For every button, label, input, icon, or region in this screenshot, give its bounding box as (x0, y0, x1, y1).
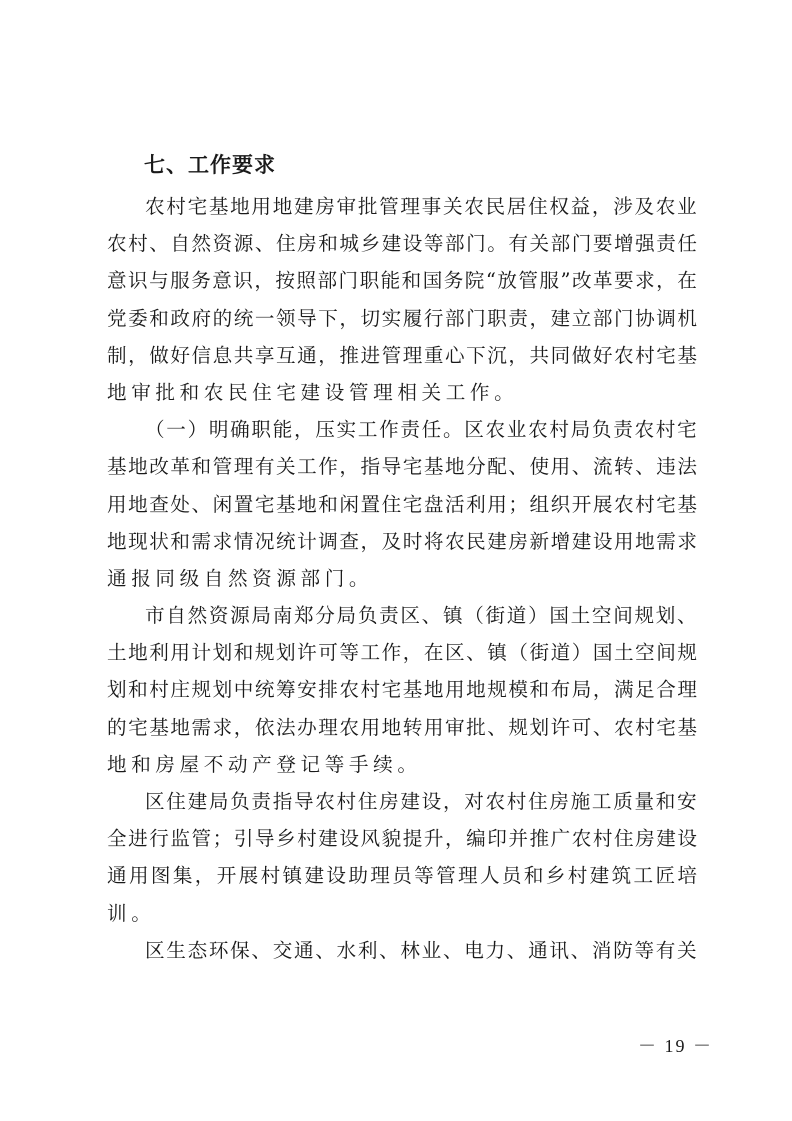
text-line: 地现状和需求情况统计调查，及时将农民建房新增建设用地需求 (107, 523, 697, 560)
text-line: 区住建局负责指导农村住房建设，对农村住房施工质量和安 (107, 783, 697, 820)
text-line: 地和房屋不动产登记等手续。 (107, 746, 697, 783)
page-number: － 19 － (638, 1032, 713, 1058)
text-line: 农村宅基地用地建房审批管理事关农民居住权益，涉及农业 (107, 188, 697, 225)
text-line: 地审批和农民住宅建设管理相关工作。 (107, 374, 697, 411)
text-line: 用地查处、闲置宅基地和闲置住宅盘活利用；组织开展农村宅基 (107, 486, 697, 523)
text-line: 市自然资源局南郑分局负责区、镇（街道）国土空间规划、 (107, 597, 697, 634)
text-line: 全进行监管；引导乡村建设风貌提升，编印并推广农村住房建设 (107, 820, 697, 857)
text-line: 训。 (107, 895, 697, 932)
section-heading: 七、工作要求 (144, 152, 276, 178)
text-line: 党委和政府的统一领导下，切实履行部门职责，建立部门协调机 (107, 300, 697, 337)
text-line: 通用图集，开展村镇建设助理员等管理人员和乡村建筑工匠培 (107, 857, 697, 894)
text-line: 的宅基地需求，依法办理农用地转用审批、规划许可、农村宅基 (107, 709, 697, 746)
text-line: 划和村庄规划中统筹安排农村宅基地用地规模和布局，满足合理 (107, 671, 697, 708)
text-line: （一）明确职能，压实工作责任。区农业农村局负责农村宅 (107, 411, 697, 448)
text-line: 基地改革和管理有关工作，指导宅基地分配、使用、流转、违法 (107, 448, 697, 485)
text-line: 土地利用计划和规划许可等工作，在区、镇（街道）国土空间规 (107, 634, 697, 671)
text-line: 通报同级自然资源部门。 (107, 560, 697, 597)
document-page: 七、工作要求 农村宅基地用地建房审批管理事关农民居住权益，涉及农业农村、自然资源… (0, 0, 792, 1121)
text-line: 意识与服务意识，按照部门职能和国务院“放管服”改革要求，在 (107, 262, 697, 299)
text-line: 区生态环保、交通、水利、林业、电力、通讯、消防等有关 (107, 932, 697, 969)
text-line: 农村、自然资源、住房和城乡建设等部门。有关部门要增强责任 (107, 225, 697, 262)
body-text: 农村宅基地用地建房审批管理事关农民居住权益，涉及农业农村、自然资源、住房和城乡建… (107, 188, 697, 969)
text-line: 制，做好信息共享互通，推进管理重心下沉，共同做好农村宅基 (107, 337, 697, 374)
